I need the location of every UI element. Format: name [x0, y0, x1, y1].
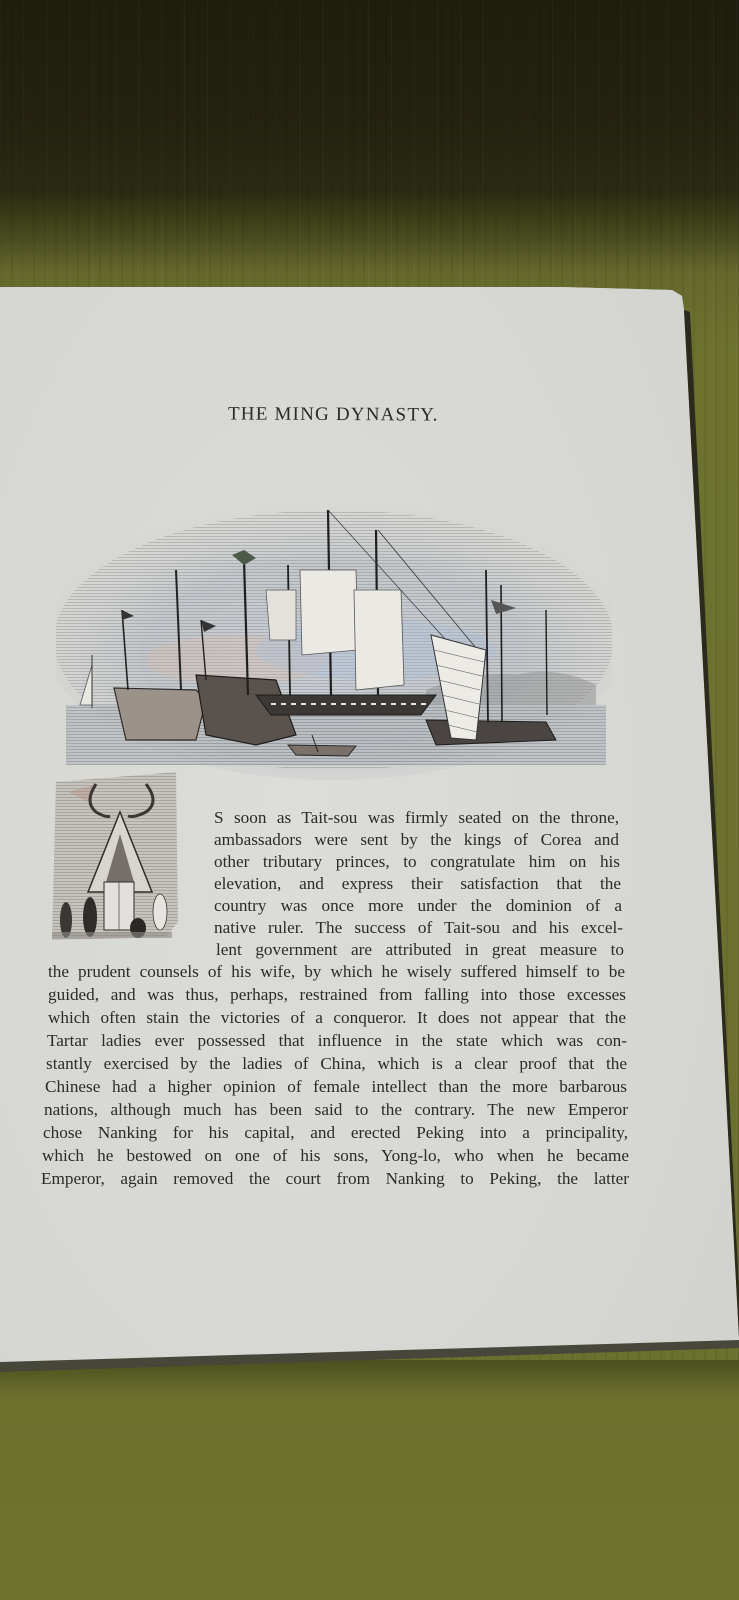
text-line: Tartar ladies ever possessed that influe…: [47, 1031, 627, 1051]
text-line: guided, and was thus, perhaps, restraine…: [48, 985, 626, 1005]
text-line: native ruler. The success of Tait-sou an…: [214, 918, 623, 938]
text-line: nations, although much has been said to …: [44, 1100, 628, 1120]
text-line: lent government are attributed in great …: [216, 940, 624, 960]
text-line: chose Nanking for his capital, and erect…: [43, 1123, 628, 1143]
text-line: elevation, and express their satisfactio…: [214, 874, 621, 894]
text-line: Emperor, again removed the court from Na…: [41, 1169, 629, 1189]
gateway-vignette-illustration: [48, 772, 180, 944]
green-cloth-foreground: [0, 1360, 739, 1600]
text-line: which he bestowed on one of his sons, Yo…: [42, 1146, 629, 1166]
text-line: other tributary princes, to congratulate…: [214, 852, 620, 872]
page-title: THE MING DYNASTY.: [228, 403, 439, 426]
text-line: ambassadors were sent by the kings of Co…: [214, 830, 619, 850]
text-line: country was once more under the dominion…: [214, 896, 622, 916]
text-line: which often stain the victories of a con…: [48, 1008, 626, 1028]
text-line: Chinese had a higher opinion of female i…: [45, 1077, 627, 1097]
text-line: the prudent counsels of his wife, by whi…: [48, 962, 625, 982]
text-line: stantly exercised by the ladies of China…: [46, 1054, 627, 1074]
harbor-ships-illustration: [56, 490, 612, 780]
text-line: S soon as Tait-sou was firmly seated on …: [214, 808, 619, 828]
